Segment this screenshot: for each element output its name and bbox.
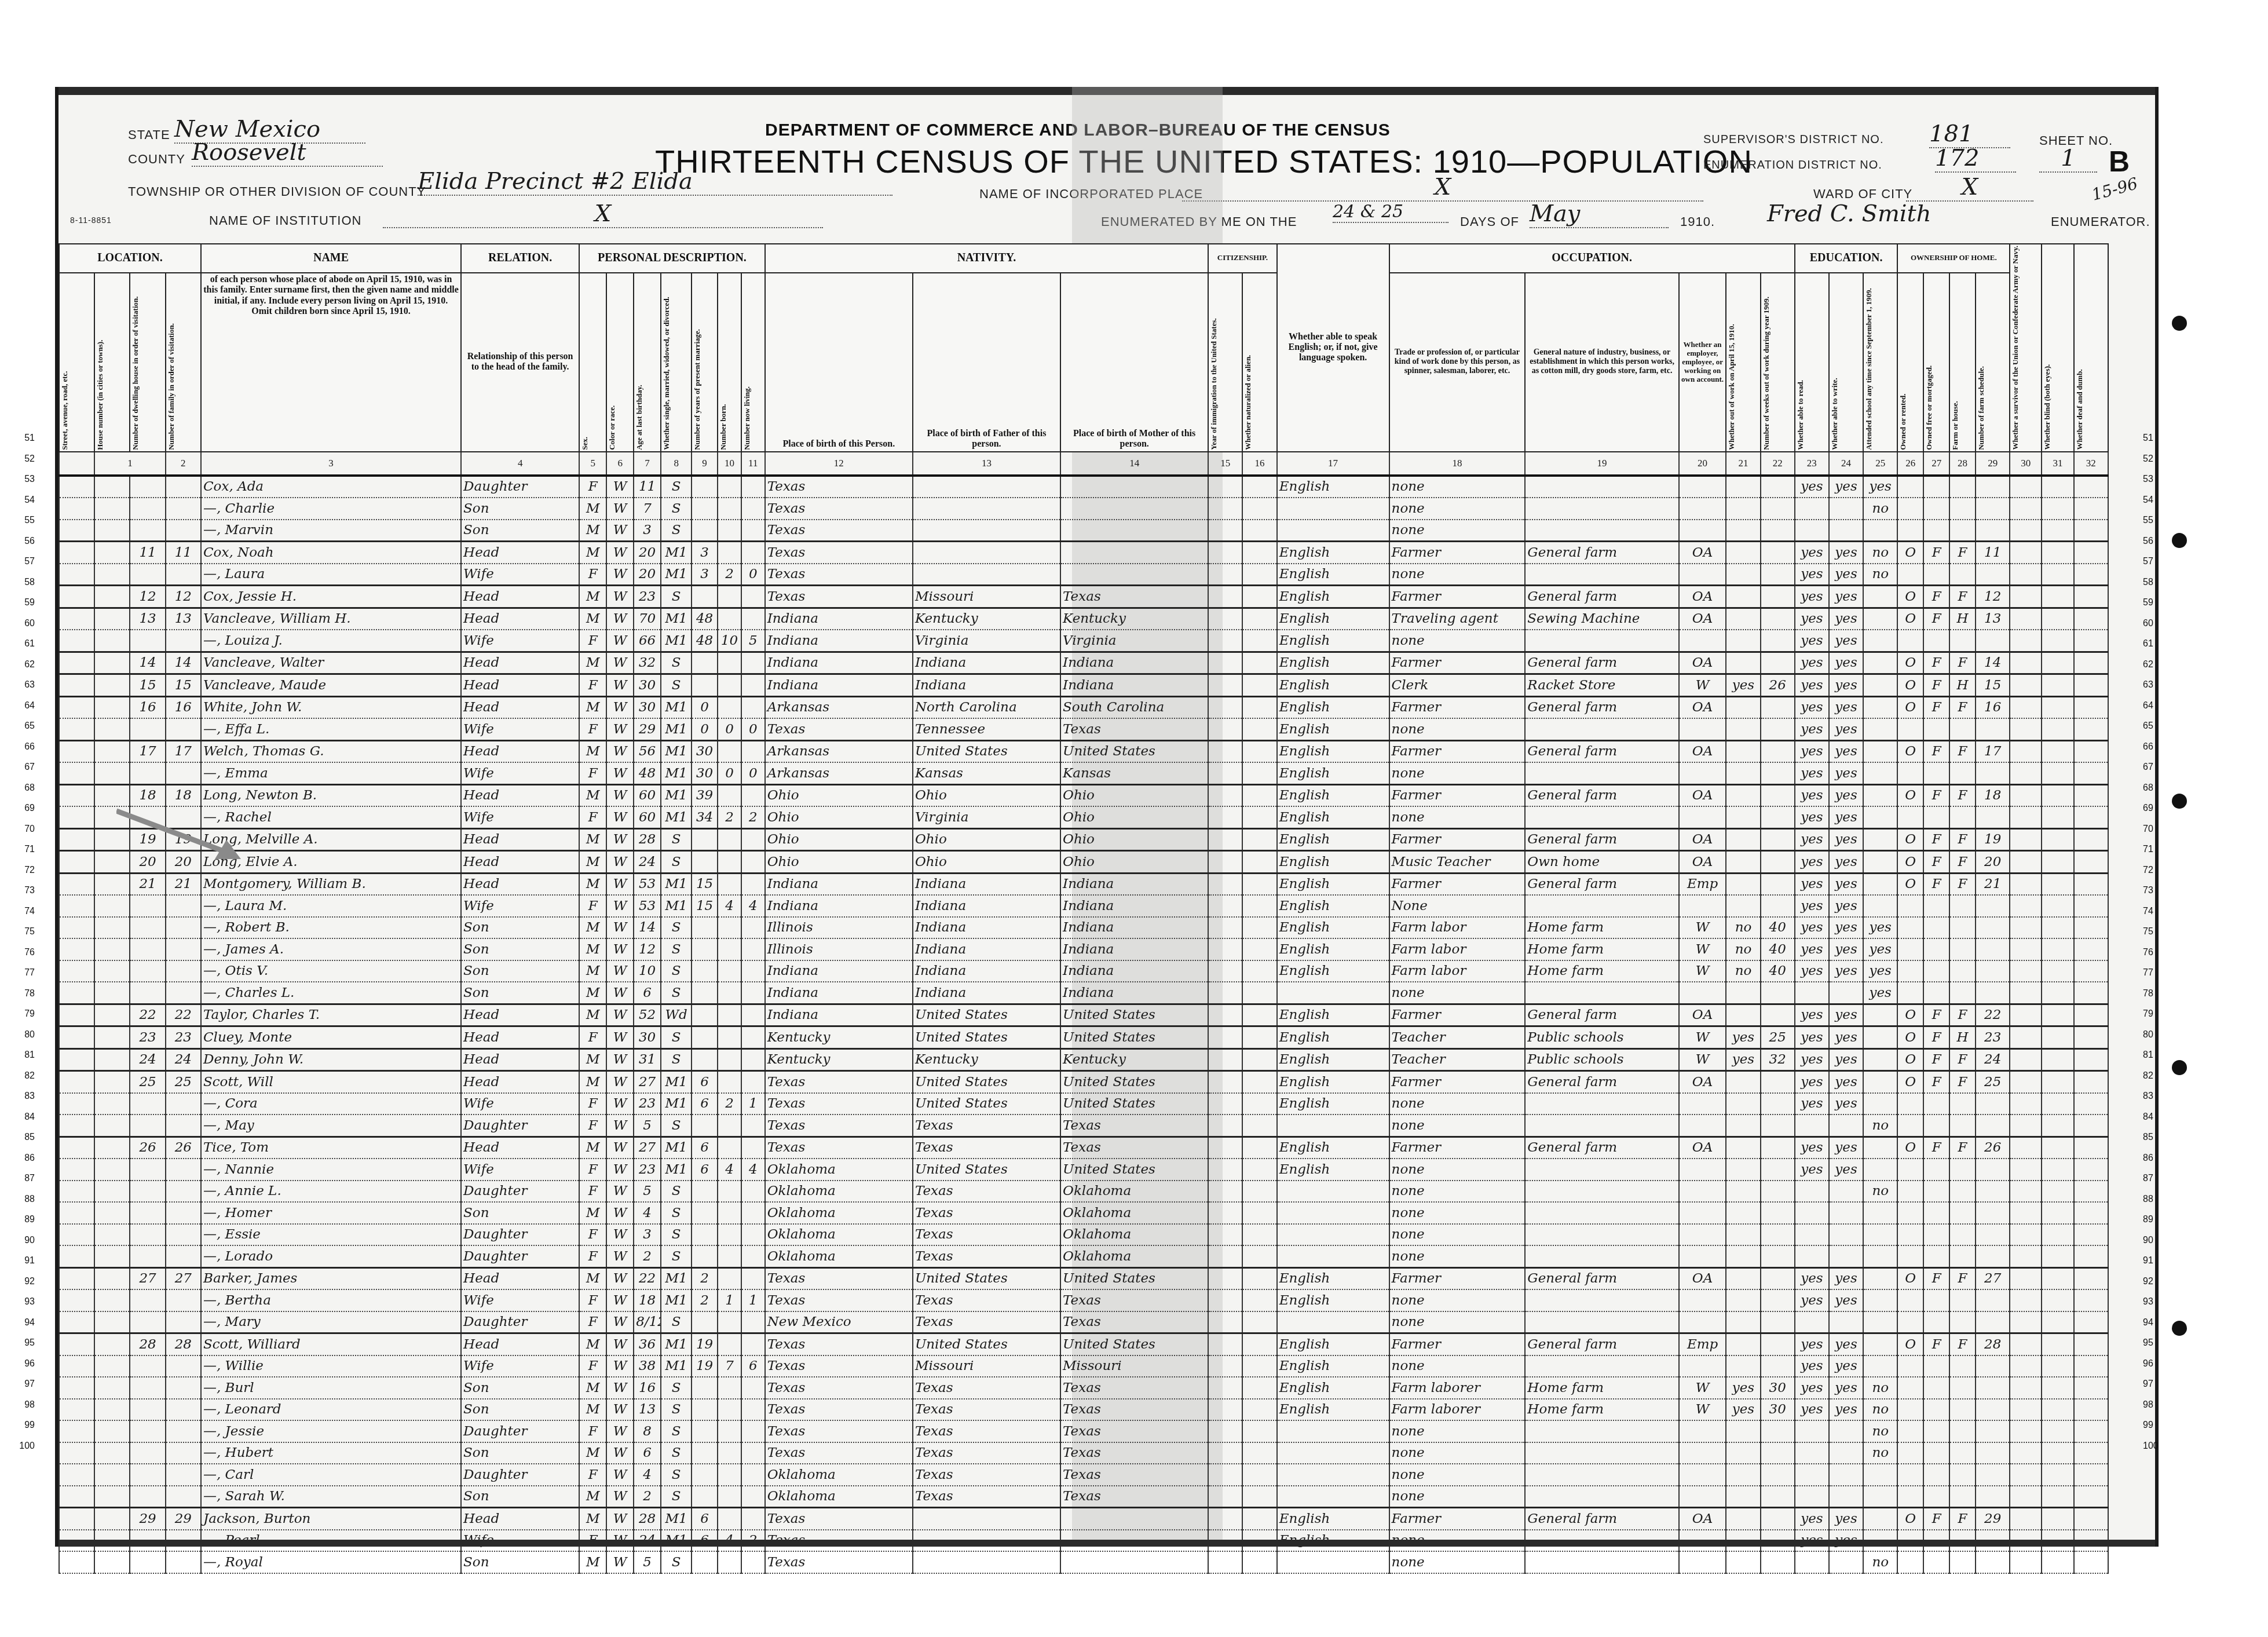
trade-cell: Farmer: [1389, 873, 1526, 895]
father-birthplace-cell: Virginia: [913, 806, 1060, 828]
person-name-cell: Cox, Jessie H.: [201, 586, 461, 608]
language-cell: English: [1277, 476, 1389, 498]
children-born-cell: [718, 498, 741, 520]
dwelling-number-cell: 24: [130, 1048, 165, 1071]
line-number-left: 61: [12, 639, 35, 649]
race-cell: W: [606, 1420, 634, 1442]
employment-class-cell: OA: [1679, 608, 1726, 630]
relationship-cell: Head: [461, 1508, 579, 1530]
can-write-cell: yes: [1829, 1026, 1863, 1049]
census-row: 2727Barker, JamesHeadMW22M12TexasUnited …: [59, 1267, 2108, 1289]
can-read-cell: yes: [1795, 762, 1829, 784]
deaf-cell: [2074, 806, 2108, 828]
owned-free-cell: [1923, 1181, 1949, 1203]
line-number-right: 84: [2143, 1112, 2166, 1123]
industry-cell: General farm: [1525, 652, 1678, 674]
owned-free-cell: [1923, 718, 1949, 740]
farm-schedule-cell: [1976, 1115, 2010, 1137]
can-write-cell: yes: [1829, 652, 1863, 674]
language-cell: [1277, 1245, 1389, 1267]
marital-status-cell: M1: [661, 784, 692, 806]
line-number-left: 63: [12, 680, 35, 690]
immigration-year-cell: [1208, 784, 1242, 806]
father-birthplace-cell: Texas: [913, 1224, 1060, 1246]
marital-status-cell: S: [661, 917, 692, 939]
relationship-cell: Head: [461, 696, 579, 718]
father-birthplace-cell: Texas: [913, 1137, 1060, 1159]
line-number-left: 93: [12, 1297, 35, 1307]
weeks-out-cell: [1761, 476, 1795, 498]
out-of-work-cell: [1726, 1004, 1760, 1026]
blind-cell: [2042, 1333, 2073, 1355]
years-married-cell: [692, 1551, 718, 1573]
street-cell: [59, 1071, 94, 1093]
children-living-cell: [741, 1464, 765, 1486]
owned-rented-cell: [1897, 476, 1923, 498]
street-cell: [59, 806, 94, 828]
children-born-cell: [718, 1137, 741, 1159]
relationship-cell: Daughter: [461, 1245, 579, 1267]
owned-rented-cell: O: [1897, 586, 1923, 608]
language-cell: English: [1277, 762, 1389, 784]
relationship-cell: Wife: [461, 564, 579, 586]
farm-or-house-cell: [1949, 476, 1976, 498]
children-born-cell: 4: [718, 895, 741, 917]
father-birthplace-cell: Ohio: [913, 851, 1060, 874]
naturalization-cell: [1242, 1202, 1276, 1224]
sex-cell: M: [579, 1137, 606, 1159]
birthplace-cell: Texas: [765, 1115, 913, 1137]
veteran-cell: [2010, 1245, 2042, 1267]
attended-school-cell: [1863, 1355, 1897, 1377]
attended-school-cell: no: [1863, 1377, 1897, 1399]
line-number-right: 59: [2143, 598, 2166, 608]
trade-cell: none: [1389, 1202, 1526, 1224]
dwelling-number-cell: 17: [130, 740, 165, 762]
house-cell: [94, 608, 130, 630]
attended-school-cell: [1863, 1333, 1897, 1355]
veteran-cell: [2010, 1486, 2042, 1508]
race-cell: W: [606, 1355, 634, 1377]
children-living-cell: [741, 1115, 765, 1137]
farm-or-house-cell: [1949, 1420, 1976, 1442]
owned-rented-cell: O: [1897, 873, 1923, 895]
blind-cell: [2042, 982, 2073, 1004]
farm-schedule-cell: 29: [1976, 1508, 2010, 1530]
veteran-cell: [2010, 630, 2042, 652]
relationship-cell: Head: [461, 740, 579, 762]
naturalization-cell: [1242, 828, 1276, 851]
farm-schedule-cell: 14: [1976, 652, 2010, 674]
can-read-cell: yes: [1795, 851, 1829, 874]
col-weeks-out: Number of weeks out of work during year …: [1761, 273, 1795, 452]
line-number-left: 59: [12, 598, 35, 608]
race-cell: W: [606, 762, 634, 784]
group-personal: PERSONAL DESCRIPTION.: [579, 244, 764, 273]
industry-cell: [1525, 1181, 1678, 1203]
can-read-cell: [1795, 1464, 1829, 1486]
trade-cell: Farmer: [1389, 586, 1526, 608]
line-number-left: 95: [12, 1338, 35, 1349]
relationship-cell: Son: [461, 520, 579, 542]
col-blind: Whether blind (both eyes).: [2042, 244, 2073, 452]
can-read-cell: yes: [1795, 542, 1829, 564]
line-number-right: 61: [2143, 639, 2166, 649]
employment-class-cell: [1679, 895, 1726, 917]
line-number-right: 60: [2143, 619, 2166, 629]
children-living-cell: 5: [741, 630, 765, 652]
trade-cell: Farm labor: [1389, 960, 1526, 982]
weeks-out-cell: [1761, 1093, 1795, 1115]
can-write-cell: yes: [1829, 851, 1863, 874]
owned-rented-cell: [1897, 1245, 1923, 1267]
marital-status-cell: M1: [661, 1333, 692, 1355]
sex-cell: F: [579, 1224, 606, 1246]
farm-or-house-cell: F: [1949, 851, 1976, 874]
census-row: —, Effa L.WifeFW29M1000TexasTennesseeTex…: [59, 718, 2108, 740]
farm-schedule-cell: [1976, 1159, 2010, 1181]
attended-school-cell: no: [1863, 1420, 1897, 1442]
employment-class-cell: [1679, 1420, 1726, 1442]
can-read-cell: [1795, 1311, 1829, 1333]
race-cell: W: [606, 917, 634, 939]
census-row: 2828Scott, WilliardHeadMW36M119TexasUnit…: [59, 1333, 2108, 1355]
farm-schedule-cell: [1976, 1093, 2010, 1115]
immigration-year-cell: [1208, 895, 1242, 917]
census-row: —, EssieDaughterFW3SOklahomaTexasOklahom…: [59, 1224, 2108, 1246]
person-name-cell: Long, Newton B.: [201, 784, 461, 806]
owned-free-cell: F: [1923, 542, 1949, 564]
immigration-year-cell: [1208, 1442, 1242, 1464]
marital-status-cell: S: [661, 498, 692, 520]
house-cell: [94, 542, 130, 564]
blind-cell: [2042, 851, 2073, 874]
out-of-work-cell: [1726, 1486, 1760, 1508]
street-cell: [59, 1115, 94, 1137]
deaf-cell: [2074, 1071, 2108, 1093]
house-cell: [94, 762, 130, 784]
age-cell: 24: [634, 851, 661, 874]
children-born-cell: [718, 1508, 741, 1530]
attended-school-cell: [1863, 1289, 1897, 1311]
dwelling-number-cell: [130, 982, 165, 1004]
trade-cell: none: [1389, 1355, 1526, 1377]
can-write-cell: yes: [1829, 1289, 1863, 1311]
farm-schedule-cell: [1976, 718, 2010, 740]
owned-free-cell: [1923, 1224, 1949, 1246]
naturalization-cell: [1242, 762, 1276, 784]
street-cell: [59, 1289, 94, 1311]
can-write-cell: yes: [1829, 960, 1863, 982]
naturalization-cell: [1242, 520, 1276, 542]
farm-schedule-cell: [1976, 630, 2010, 652]
farm-schedule-cell: [1976, 1464, 2010, 1486]
employment-class-cell: [1679, 806, 1726, 828]
family-number-cell: [166, 1245, 201, 1267]
deaf-cell: [2074, 960, 2108, 982]
farm-or-house-cell: [1949, 498, 1976, 520]
sex-cell: F: [579, 674, 606, 697]
relationship-cell: Head: [461, 674, 579, 697]
father-birthplace-cell: Texas: [913, 1399, 1060, 1421]
marital-status-cell: M1: [661, 873, 692, 895]
veteran-cell: [2010, 498, 2042, 520]
immigration-year-cell: [1208, 1420, 1242, 1442]
veteran-cell: [2010, 917, 2042, 939]
can-write-cell: [1829, 1202, 1863, 1224]
owned-rented-cell: [1897, 960, 1923, 982]
family-number-cell: [166, 1355, 201, 1377]
blind-cell: [2042, 1137, 2073, 1159]
owned-free-cell: F: [1923, 1333, 1949, 1355]
can-write-cell: yes: [1829, 1355, 1863, 1377]
group-citizenship: CITIZENSHIP.: [1208, 244, 1276, 273]
can-read-cell: yes: [1795, 1026, 1829, 1049]
trade-cell: none: [1389, 1245, 1526, 1267]
house-cell: [94, 895, 130, 917]
trade-cell: Clerk: [1389, 674, 1526, 697]
race-cell: W: [606, 960, 634, 982]
family-number-cell: [166, 520, 201, 542]
language-cell: English: [1277, 674, 1389, 697]
blind-cell: [2042, 1267, 2073, 1289]
attended-school-cell: [1863, 1202, 1897, 1224]
line-number-right: 67: [2143, 762, 2166, 773]
trade-cell: none: [1389, 1486, 1526, 1508]
street-cell: [59, 608, 94, 630]
immigration-year-cell: [1208, 1464, 1242, 1486]
census-row: 1818Long, Newton B.HeadMW60M139OhioOhioO…: [59, 784, 2108, 806]
family-number-cell: [166, 960, 201, 982]
person-name-cell: —, Annie L.: [201, 1181, 461, 1203]
father-birthplace-cell: United States: [913, 1159, 1060, 1181]
mother-birthplace-cell: Oklahoma: [1060, 1202, 1208, 1224]
can-write-cell: yes: [1829, 1159, 1863, 1181]
farm-schedule-cell: 19: [1976, 828, 2010, 851]
house-cell: [94, 938, 130, 960]
owned-free-cell: [1923, 1115, 1949, 1137]
mother-birthplace-cell: [1060, 564, 1208, 586]
employment-class-cell: [1679, 1464, 1726, 1486]
can-read-cell: yes: [1795, 564, 1829, 586]
person-name-cell: —, Hubert: [201, 1442, 461, 1464]
farm-schedule-cell: 28: [1976, 1333, 2010, 1355]
language-cell: English: [1277, 1289, 1389, 1311]
years-married-cell: 48: [692, 630, 718, 652]
language-cell: English: [1277, 1004, 1389, 1026]
line-number-right: 92: [2143, 1277, 2166, 1287]
industry-cell: [1525, 1311, 1678, 1333]
years-married-cell: 6: [692, 1137, 718, 1159]
column-number: 13: [913, 452, 1060, 476]
blind-cell: [2042, 652, 2073, 674]
line-number-right: 51: [2143, 433, 2166, 444]
age-cell: 16: [634, 1377, 661, 1399]
marital-status-cell: S: [661, 1486, 692, 1508]
farm-or-house-cell: [1949, 982, 1976, 1004]
race-cell: W: [606, 476, 634, 498]
age-cell: 20: [634, 542, 661, 564]
person-name-cell: —, Burl: [201, 1377, 461, 1399]
attended-school-cell: no: [1863, 542, 1897, 564]
out-of-work-cell: no: [1726, 960, 1760, 982]
farm-schedule-cell: [1976, 564, 2010, 586]
relationship-cell: Head: [461, 1137, 579, 1159]
marital-status-cell: S: [661, 938, 692, 960]
immigration-year-cell: [1208, 608, 1242, 630]
weeks-out-cell: [1761, 586, 1795, 608]
naturalization-cell: [1242, 1115, 1276, 1137]
immigration-year-cell: [1208, 1004, 1242, 1026]
immigration-year-cell: [1208, 1181, 1242, 1203]
trade-cell: none: [1389, 1551, 1526, 1573]
deaf-cell: [2074, 1355, 2108, 1377]
owned-rented-cell: [1897, 982, 1923, 1004]
farm-schedule-cell: [1976, 960, 2010, 982]
birthplace-cell: Indiana: [765, 1004, 913, 1026]
children-born-cell: 2: [718, 806, 741, 828]
trade-cell: none: [1389, 1289, 1526, 1311]
marital-status-cell: S: [661, 982, 692, 1004]
race-cell: W: [606, 1267, 634, 1289]
attended-school-cell: [1863, 1508, 1897, 1530]
mother-birthplace-cell: [1060, 1508, 1208, 1530]
marital-status-cell: S: [661, 1181, 692, 1203]
children-living-cell: [741, 873, 765, 895]
immigration-year-cell: [1208, 828, 1242, 851]
col-veteran: Whether a survivor of the Union or Confe…: [2010, 244, 2042, 452]
family-number-cell: 13: [166, 608, 201, 630]
deaf-cell: [2074, 718, 2108, 740]
children-born-cell: [718, 1399, 741, 1421]
children-living-cell: [741, 784, 765, 806]
relationship-cell: Daughter: [461, 1464, 579, 1486]
sex-cell: F: [579, 762, 606, 784]
birthplace-cell: Indiana: [765, 982, 913, 1004]
line-number-left: 66: [12, 742, 35, 752]
attended-school-cell: no: [1863, 1551, 1897, 1573]
trade-cell: none: [1389, 630, 1526, 652]
immigration-year-cell: [1208, 762, 1242, 784]
employment-class-cell: [1679, 1181, 1726, 1203]
father-birthplace-cell: Ohio: [913, 828, 1060, 851]
language-cell: English: [1277, 1508, 1389, 1530]
sex-cell: F: [579, 630, 606, 652]
street-cell: [59, 917, 94, 939]
street-cell: [59, 895, 94, 917]
weeks-out-cell: [1761, 828, 1795, 851]
family-number-cell: [166, 718, 201, 740]
family-number-cell: 17: [166, 740, 201, 762]
relationship-cell: Son: [461, 1442, 579, 1464]
language-cell: English: [1277, 564, 1389, 586]
years-married-cell: 30: [692, 740, 718, 762]
trade-cell: none: [1389, 806, 1526, 828]
can-write-cell: yes: [1829, 740, 1863, 762]
age-cell: 3: [634, 520, 661, 542]
industry-cell: General farm: [1525, 1071, 1678, 1093]
children-living-cell: [741, 1399, 765, 1421]
farm-schedule-cell: 16: [1976, 696, 2010, 718]
industry-cell: [1525, 762, 1678, 784]
weeks-out-cell: [1761, 895, 1795, 917]
owned-rented-cell: O: [1897, 1071, 1923, 1093]
age-cell: 48: [634, 762, 661, 784]
years-married-cell: [692, 1420, 718, 1442]
census-row: —, HomerSonMW4SOklahomaTexasOklahomanone: [59, 1202, 2108, 1224]
col-years-married: Number of years of present marriage.: [692, 273, 718, 452]
blind-cell: [2042, 1442, 2073, 1464]
street-cell: [59, 873, 94, 895]
can-write-cell: [1829, 1115, 1863, 1137]
veteran-cell: [2010, 1420, 2042, 1442]
owned-rented-cell: O: [1897, 1333, 1923, 1355]
can-write-cell: yes: [1829, 895, 1863, 917]
language-cell: English: [1277, 1093, 1389, 1115]
street-cell: [59, 1004, 94, 1026]
race-cell: W: [606, 784, 634, 806]
binder-hole-icon: [2172, 1321, 2187, 1336]
father-birthplace-cell: United States: [913, 1026, 1060, 1049]
trade-cell: Farmer: [1389, 1508, 1526, 1530]
mother-birthplace-cell: Kentucky: [1060, 1048, 1208, 1071]
street-cell: [59, 1224, 94, 1246]
weeks-out-cell: [1761, 1355, 1795, 1377]
relationship-cell: Head: [461, 586, 579, 608]
children-living-cell: [741, 1377, 765, 1399]
can-write-cell: [1829, 1442, 1863, 1464]
mother-birthplace-cell: United States: [1060, 1093, 1208, 1115]
race-cell: W: [606, 1048, 634, 1071]
township-label: TOWNSHIP OR OTHER DIVISION OF COUNTY: [128, 184, 426, 199]
dwelling-number-cell: [130, 960, 165, 982]
column-number: 28: [1949, 452, 1976, 476]
weeks-out-cell: 40: [1761, 938, 1795, 960]
house-cell: [94, 917, 130, 939]
birthplace-cell: Texas: [765, 586, 913, 608]
naturalization-cell: [1242, 1093, 1276, 1115]
father-birthplace-cell: [913, 476, 1060, 498]
age-cell: 10: [634, 960, 661, 982]
relationship-cell: Head: [461, 652, 579, 674]
employment-class-cell: [1679, 1289, 1726, 1311]
blind-cell: [2042, 520, 2073, 542]
blind-cell: [2042, 1399, 2073, 1421]
relationship-cell: Head: [461, 873, 579, 895]
father-birthplace-cell: Indiana: [913, 652, 1060, 674]
family-number-cell: [166, 1464, 201, 1486]
language-cell: [1277, 1442, 1389, 1464]
can-read-cell: yes: [1795, 1377, 1829, 1399]
line-number-right: 62: [2143, 660, 2166, 670]
veteran-cell: [2010, 674, 2042, 697]
col-children-living: Number now living.: [741, 273, 765, 452]
relationship-cell: Wife: [461, 1159, 579, 1181]
industry-cell: General farm: [1525, 784, 1678, 806]
children-living-cell: [741, 1442, 765, 1464]
veteran-cell: [2010, 718, 2042, 740]
family-number-cell: [166, 938, 201, 960]
birthplace-cell: Indiana: [765, 630, 913, 652]
deaf-cell: [2074, 938, 2108, 960]
line-number-right: 70: [2143, 824, 2166, 835]
relationship-cell: Head: [461, 828, 579, 851]
years-married-cell: [692, 1224, 718, 1246]
father-birthplace-cell: Texas: [913, 1181, 1060, 1203]
language-cell: English: [1277, 1071, 1389, 1093]
immigration-year-cell: [1208, 917, 1242, 939]
weeks-out-cell: [1761, 1071, 1795, 1093]
